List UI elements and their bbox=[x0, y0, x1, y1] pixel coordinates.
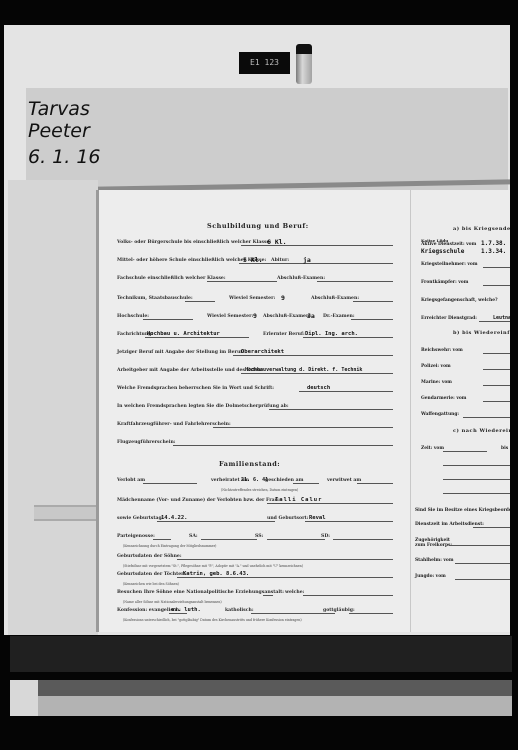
field-label: Jetziger Beruf mit Angabe der Stellung i… bbox=[117, 348, 244, 358]
field-kriegsschule: Kriegsschule 1.3.34. bbox=[421, 248, 511, 258]
field-freikorps: Zugehörigkeit zum Freikorps: bbox=[421, 538, 511, 548]
field-line bbox=[455, 563, 511, 564]
archive-reference-tag: E1 123 bbox=[239, 52, 290, 74]
field-line bbox=[463, 417, 511, 418]
field-hochschule: Hochschule: Wieviel Semester: 9 Abschluß… bbox=[117, 312, 405, 322]
field-extra2-label: SS: bbox=[255, 532, 263, 542]
field-label: Kriegsschule bbox=[421, 247, 464, 257]
field-fachrichtung: Fachrichtung: Hochbau u. Architektur Erl… bbox=[117, 330, 405, 340]
field-extra-label: Wieviel Semester: bbox=[207, 312, 253, 322]
field-frontkaempfer: Frontkämpfer: vom bbox=[421, 278, 511, 288]
field-kriegsbeorderung: Sind Sie im Besitze eines Kriegsbeorderu… bbox=[421, 506, 511, 516]
field-line bbox=[483, 385, 511, 386]
field-label: Zeit: vom bbox=[421, 444, 444, 454]
field-fachschule: Fachschule einschließlich welcher Klasse… bbox=[117, 274, 405, 284]
field-label: Flugzeugführerschein: bbox=[117, 438, 176, 448]
field-label: In welchen Fremdsprachen legten Sie die … bbox=[117, 402, 289, 412]
field-value[interactable]: Hochbau u. Architektur bbox=[147, 329, 220, 339]
scan-edge-right bbox=[510, 25, 518, 635]
field-line bbox=[293, 483, 319, 484]
field-fremdsprachen: Welche Fremdsprachen beherrschen Sie in … bbox=[117, 384, 405, 394]
field-line bbox=[353, 301, 393, 302]
field-kriegsteilnehmer: Kriegsteilnehmer: vom bbox=[421, 260, 511, 270]
field-geburtstag: sowie Geburtstag: 14.4.22. und Geburtsor… bbox=[117, 514, 405, 524]
handwritten-surname: Tarvas bbox=[28, 98, 101, 120]
field-extra-label: Abschluß-Examen: bbox=[277, 274, 325, 284]
field-extra-value[interactable]: Reval bbox=[309, 513, 326, 523]
field-kraftfahrzeug: Kraftfahrzeugführer- und Fahrlehrerschei… bbox=[117, 420, 405, 430]
field-label: Stahlhelm: vom bbox=[415, 556, 453, 566]
field-extra3-label: verwitwet am bbox=[327, 476, 361, 486]
field-value[interactable]: 6 Kl. bbox=[267, 237, 287, 247]
field-waffengattung: Waffengattung: bbox=[421, 410, 511, 420]
field-label: Kriegsgefangenschaft, welche? bbox=[421, 296, 498, 306]
field-extra3-label: Dr.-Examen: bbox=[323, 312, 355, 322]
field-extra-label: bis bbox=[501, 444, 508, 454]
field-polizei: Polizei: vom bbox=[421, 362, 511, 372]
field-arbeitgeber: Arbeitgeber mit Angabe der Arbeitsstelle… bbox=[117, 366, 405, 376]
field-line bbox=[473, 527, 511, 528]
scan-calibration-band-left bbox=[10, 680, 38, 716]
field-maedchenname: Mädchenname (Vor- und Zuname) der Verlob… bbox=[117, 496, 405, 506]
field-line bbox=[317, 281, 393, 282]
field-label: Sind Sie im Besitze eines Kriegsbeorderu… bbox=[415, 506, 518, 516]
field-extra-value[interactable]: 9 bbox=[253, 311, 257, 321]
field-line bbox=[483, 353, 511, 354]
field-line bbox=[483, 401, 511, 402]
field-line bbox=[241, 245, 393, 246]
field-line bbox=[443, 479, 511, 480]
field-extra-value[interactable]: 9 bbox=[281, 293, 285, 303]
field-value[interactable]: Oberarchitekt bbox=[241, 347, 284, 357]
field-extra-value[interactable]: ja bbox=[303, 255, 311, 265]
field-mittelschule: Mittel- oder höhere Schule einschließlic… bbox=[117, 256, 405, 266]
field-line bbox=[357, 483, 393, 484]
field-line bbox=[455, 579, 511, 580]
handwritten-note: Tarvas Peeter 6. 1. 16 bbox=[28, 98, 101, 168]
field-zeit-line-4 bbox=[421, 486, 511, 496]
field-line bbox=[443, 451, 487, 452]
field-zeit-line-2 bbox=[421, 458, 511, 468]
field-zeit-line-3 bbox=[421, 472, 511, 482]
field-label: Kriegsteilnehmer: vom bbox=[421, 260, 478, 270]
field-label: Dienstzeit im Arbeitsdienst: bbox=[415, 520, 484, 530]
section-title-b: b) bis Wiedereinführung bbox=[453, 330, 518, 336]
field-line bbox=[443, 493, 511, 494]
field-dolmetscher: In welchen Fremdsprachen legten Sie die … bbox=[117, 402, 405, 412]
field-line bbox=[443, 465, 511, 466]
field-line bbox=[173, 445, 393, 446]
field-label: Frontkämpfer: vom bbox=[421, 278, 468, 288]
field-value[interactable]: Katrin, geb. 8.6.43. bbox=[183, 569, 249, 579]
field-line bbox=[269, 409, 393, 410]
field-line bbox=[483, 267, 511, 268]
field-technikum: Technikum, Staatsbauschule: Wieviel Seme… bbox=[117, 294, 405, 304]
field-reichswehr: Reichswehr: vom bbox=[421, 346, 511, 356]
field-verlobt: Verlobt am verheiratet am 21. 6. 41 gesc… bbox=[117, 476, 405, 486]
section-title-school: Schulbildung und Beruf: bbox=[207, 222, 309, 230]
field-extra3-label: SD: bbox=[321, 532, 330, 542]
field-label: Jungdo: vom bbox=[415, 572, 446, 582]
scan-calibration-band bbox=[10, 680, 512, 716]
handwritten-date: 6. 1. 16 bbox=[28, 146, 101, 168]
field-label: Volks- oder Bürgerschule bis einschließl… bbox=[117, 238, 271, 248]
field-dienstgrad: Erreichter Dienstgrad: Leutnant bbox=[421, 314, 511, 324]
field-flugzeug: Flugzeugführerschein: bbox=[117, 438, 405, 448]
field-label: Erreichter Dienstgrad: bbox=[421, 314, 477, 324]
field-line bbox=[483, 369, 511, 370]
field-value[interactable]: Hochbauverwaltung d. Direkt. f. Technik bbox=[245, 365, 362, 375]
field-line bbox=[483, 285, 511, 286]
field-value[interactable]: 1.3.34. bbox=[481, 247, 506, 257]
field-zeit: Zeit: vom bis bbox=[421, 444, 511, 454]
field-extra-label: Erlernter Beruf: bbox=[263, 330, 305, 340]
field-value[interactable]: 14.4.22. bbox=[161, 513, 188, 523]
section-title-c: c) nach Wiedereinführung bbox=[453, 428, 518, 434]
field-line bbox=[263, 595, 273, 596]
field-line bbox=[201, 539, 257, 540]
field-label: Gendarmerie: vom bbox=[421, 394, 466, 404]
field-label: Hochschule: bbox=[117, 312, 149, 322]
field-line bbox=[143, 319, 193, 320]
field-gendarmerie: Gendarmerie: vom bbox=[421, 394, 511, 404]
field-label: Welche Fremdsprachen beherrschen Sie in … bbox=[117, 384, 274, 394]
field-volksschule: Volks- oder Bürgerschule bis einschließl… bbox=[117, 238, 405, 248]
field-label: Reichswehr: vom bbox=[421, 346, 463, 356]
field-line bbox=[153, 539, 171, 540]
section-title-a: a) bis Kriegsende: bbox=[453, 226, 513, 232]
field-line bbox=[207, 281, 277, 282]
field-jetziger-beruf: Jetziger Beruf mit Angabe der Stellung i… bbox=[117, 348, 405, 358]
field-marine: Marine: vom bbox=[421, 378, 511, 388]
field-line bbox=[213, 427, 393, 428]
field-extra-label: Wieviel Semester: bbox=[229, 294, 275, 304]
field-label: Arbeitgeber mit Angabe der Arbeitsstelle… bbox=[117, 366, 262, 376]
field-label: Waffengattung: bbox=[421, 410, 459, 420]
field-value[interactable]: deutsch bbox=[307, 383, 330, 393]
field-line bbox=[177, 559, 393, 560]
field-label: Verlobt am bbox=[117, 476, 145, 486]
field-label: sowie Geburtstag: bbox=[117, 514, 163, 524]
field-value[interactable]: ev. luth. bbox=[171, 605, 201, 615]
field-label: Fachschule einschließlich welcher Klasse… bbox=[117, 274, 226, 284]
field-label: Technikum, Staatsbauschule: bbox=[117, 294, 193, 304]
field-line bbox=[303, 595, 393, 596]
field-jungdo: Jungdo: vom bbox=[421, 572, 511, 582]
field-stahlhelm: Stahlhelm: vom bbox=[421, 556, 511, 566]
form-page-left: Schulbildung und Beruf: Volks- oder Bürg… bbox=[96, 190, 413, 632]
field-label: Zugehörigkeit zum Freikorps: bbox=[415, 538, 455, 548]
field-line bbox=[333, 539, 393, 540]
field-line bbox=[449, 545, 511, 546]
field-line bbox=[349, 613, 393, 614]
field-note: (Kennzeichnung durch Eintragung der Mitg… bbox=[123, 541, 216, 551]
field-extra-value[interactable]: Dipl. Ing. arch. bbox=[305, 329, 358, 339]
field-line bbox=[185, 301, 215, 302]
folder-spine bbox=[8, 180, 98, 635]
field-value[interactable]: 5 Kl. bbox=[243, 255, 263, 265]
field-extra2-label: Abschluß-Examen: bbox=[311, 294, 359, 304]
section-title-family: Familienstand: bbox=[219, 460, 280, 468]
field-extra-label: Abitur: bbox=[271, 256, 289, 266]
scan-dark-strip bbox=[10, 636, 512, 672]
field-parteigenosse: Parteigenosse: SA: SS: SD: (Kennzeichnun… bbox=[117, 532, 405, 542]
field-line bbox=[143, 483, 197, 484]
field-soehne: Geburtsdaten der Söhne: (Stiefsöhne mit … bbox=[117, 552, 405, 562]
field-napola: Besuchen Ihre Söhne eine Nationalpolitis… bbox=[117, 588, 405, 598]
field-note: (Konfessions unterschiedlich, bei "gottg… bbox=[123, 615, 302, 625]
field-line bbox=[351, 319, 393, 320]
field-line bbox=[267, 539, 325, 540]
field-extra2-label: gottgläubig: bbox=[323, 606, 355, 616]
binder-clip bbox=[296, 44, 312, 84]
folder-ridge bbox=[34, 505, 98, 521]
field-kriegsgefangenschaft: Kriegsgefangenschaft, welche? bbox=[421, 296, 511, 306]
handwritten-given-name: Peeter bbox=[28, 120, 101, 142]
field-extra-label: welche: bbox=[285, 588, 304, 598]
field-note: (Nichtzutreffendes streichen, Datum eint… bbox=[221, 485, 298, 495]
field-konfession: Konfession: evangelisch: ev. luth. katho… bbox=[117, 606, 405, 616]
form-page-right: a) bis Kriegsende: Kaitse Liidu Aktive D… bbox=[410, 190, 511, 632]
field-extra2-value[interactable]: Ja bbox=[307, 311, 315, 321]
field-arbeitsdienst: Dienstzeit im Arbeitsdienst: bbox=[421, 520, 511, 530]
field-label: Kraftfahrzeugführer- und Fahrlehrerschei… bbox=[117, 420, 231, 430]
field-label: Marine: vom bbox=[421, 378, 452, 388]
field-label: Mädchenname (Vor- und Zuname) der Verlob… bbox=[117, 496, 280, 506]
field-label: Polizei: vom bbox=[421, 362, 451, 372]
field-extra-label: und Geburtsort: bbox=[267, 514, 308, 524]
field-extra2-label: Abschluß-Examen: bbox=[263, 312, 311, 322]
field-toechter: Geburtsdaten der Töchter: Katrin, geb. 8… bbox=[117, 570, 405, 580]
field-value[interactable]: Talli Calur bbox=[275, 495, 322, 505]
